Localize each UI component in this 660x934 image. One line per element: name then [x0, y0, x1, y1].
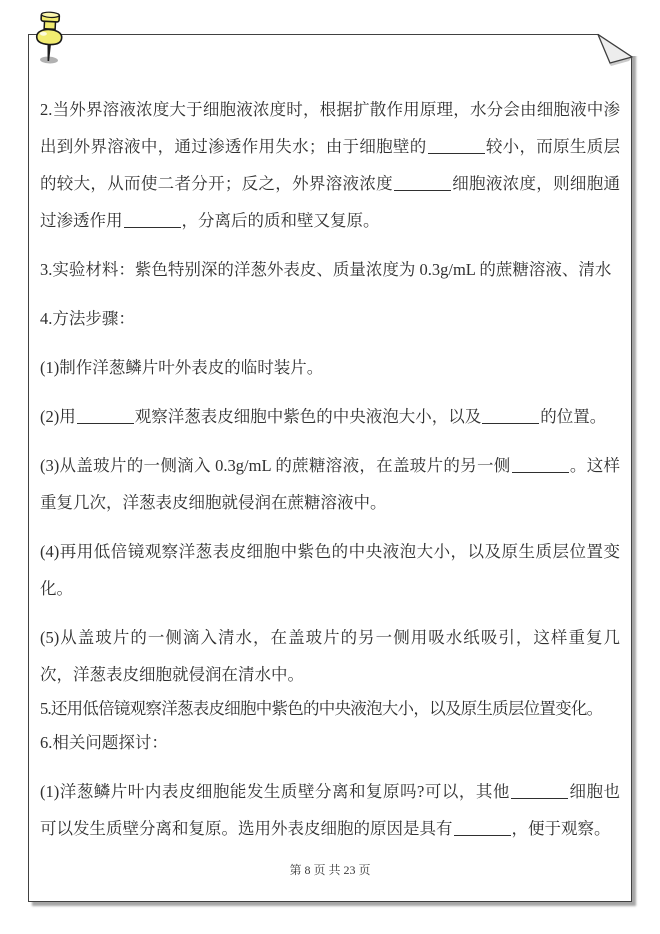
paragraph-step-5: (5)从盖玻片的一侧滴入清水，在盖玻片的另一侧用吸水纸吸引，这样重复几次，洋葱表… — [40, 619, 620, 693]
text-segment: (4)再用低倍镜观察洋葱表皮细胞中紫色的中央液泡大小，以及原生质层位置变化。 — [40, 542, 620, 598]
paragraph-item-5: 5.还用低倍镜观察洋葱表皮细胞中紫色的中央液泡大小，以及原生质层位置变化。 — [40, 690, 620, 727]
paragraph-step-4: (4)再用低倍镜观察洋葱表皮细胞中紫色的中央液泡大小，以及原生质层位置变化。 — [40, 533, 620, 607]
page-number: 第 8 页 共 23 页 — [29, 863, 631, 877]
text-segment: 5.还用低倍镜观察洋葱表皮细胞中紫色的中央液泡大小，以及原生质层位置变化。 — [40, 699, 602, 718]
paragraph-question-1: (1)洋葱鳞片叶内表皮细胞能发生质壁分离和复原吗?可以，其他细胞也可以发生质壁分… — [40, 773, 620, 847]
fill-in-blank — [124, 213, 181, 228]
text-segment: 3.实验材料：紫色特别深的洋葱外表皮、质量浓度为 0.3g/mL 的蔗糖溶液、清… — [40, 260, 611, 279]
paragraph-item-2: 2.当外界溶液浓度大于细胞液浓度时，根据扩散作用原理，水分会由细胞液中渗出到外界… — [40, 91, 620, 239]
text-segment: ，便于观察。 — [512, 819, 611, 838]
text-segment: ，分离后的质和壁又复原。 — [182, 211, 380, 230]
document-body: 2.当外界溶液浓度大于细胞液浓度时，根据扩散作用原理，水分会由细胞液中渗出到外界… — [29, 35, 631, 859]
page-background: 2.当外界溶液浓度大于细胞液浓度时，根据扩散作用原理，水分会由细胞液中渗出到外界… — [0, 0, 660, 934]
text-segment: 观察洋葱表皮细胞中紫色的中央液泡大小，以及 — [135, 407, 482, 426]
folded-corner-icon — [585, 27, 641, 69]
fill-in-blank — [511, 784, 568, 799]
paragraph-item-4: 4.方法步骤： — [40, 300, 620, 337]
paragraph-step-3: (3)从盖玻片的一侧滴入 0.3g/mL 的蔗糖溶液，在盖玻片的另一侧。这样重复… — [40, 447, 620, 521]
text-segment: (1)制作洋葱鳞片叶外表皮的临时装片。 — [40, 358, 323, 377]
fill-in-blank — [428, 139, 485, 154]
fill-in-blank — [482, 409, 539, 424]
fill-in-blank — [512, 458, 569, 473]
paragraph-item-6: 6.相关问题探讨： — [40, 724, 620, 761]
text-segment: (5)从盖玻片的一侧滴入清水，在盖玻片的另一侧用吸水纸吸引，这样重复几次，洋葱表… — [40, 628, 620, 684]
text-segment: (3)从盖玻片的一侧滴入 0.3g/mL 的蔗糖溶液，在盖玻片的另一侧 — [40, 456, 511, 475]
fill-in-blank — [77, 409, 134, 424]
paragraph-step-1: (1)制作洋葱鳞片叶外表皮的临时装片。 — [40, 349, 620, 386]
fill-in-blank — [394, 176, 451, 191]
document-page: 2.当外界溶液浓度大于细胞液浓度时，根据扩散作用原理，水分会由细胞液中渗出到外界… — [28, 34, 632, 902]
text-segment: 4.方法步骤： — [40, 309, 135, 328]
fill-in-blank — [454, 821, 511, 836]
text-segment: (1)洋葱鳞片叶内表皮细胞能发生质壁分离和复原吗?可以，其他 — [40, 782, 510, 801]
text-segment: 6.相关问题探讨： — [40, 733, 168, 752]
paragraph-step-2: (2)用观察洋葱表皮细胞中紫色的中央液泡大小，以及的位置。 — [40, 398, 620, 435]
pushpin-icon — [25, 11, 73, 69]
text-segment: 的位置。 — [540, 407, 606, 426]
text-segment: (2)用 — [40, 407, 76, 426]
paragraph-item-3: 3.实验材料：紫色特别深的洋葱外表皮、质量浓度为 0.3g/mL 的蔗糖溶液、清… — [40, 251, 620, 288]
